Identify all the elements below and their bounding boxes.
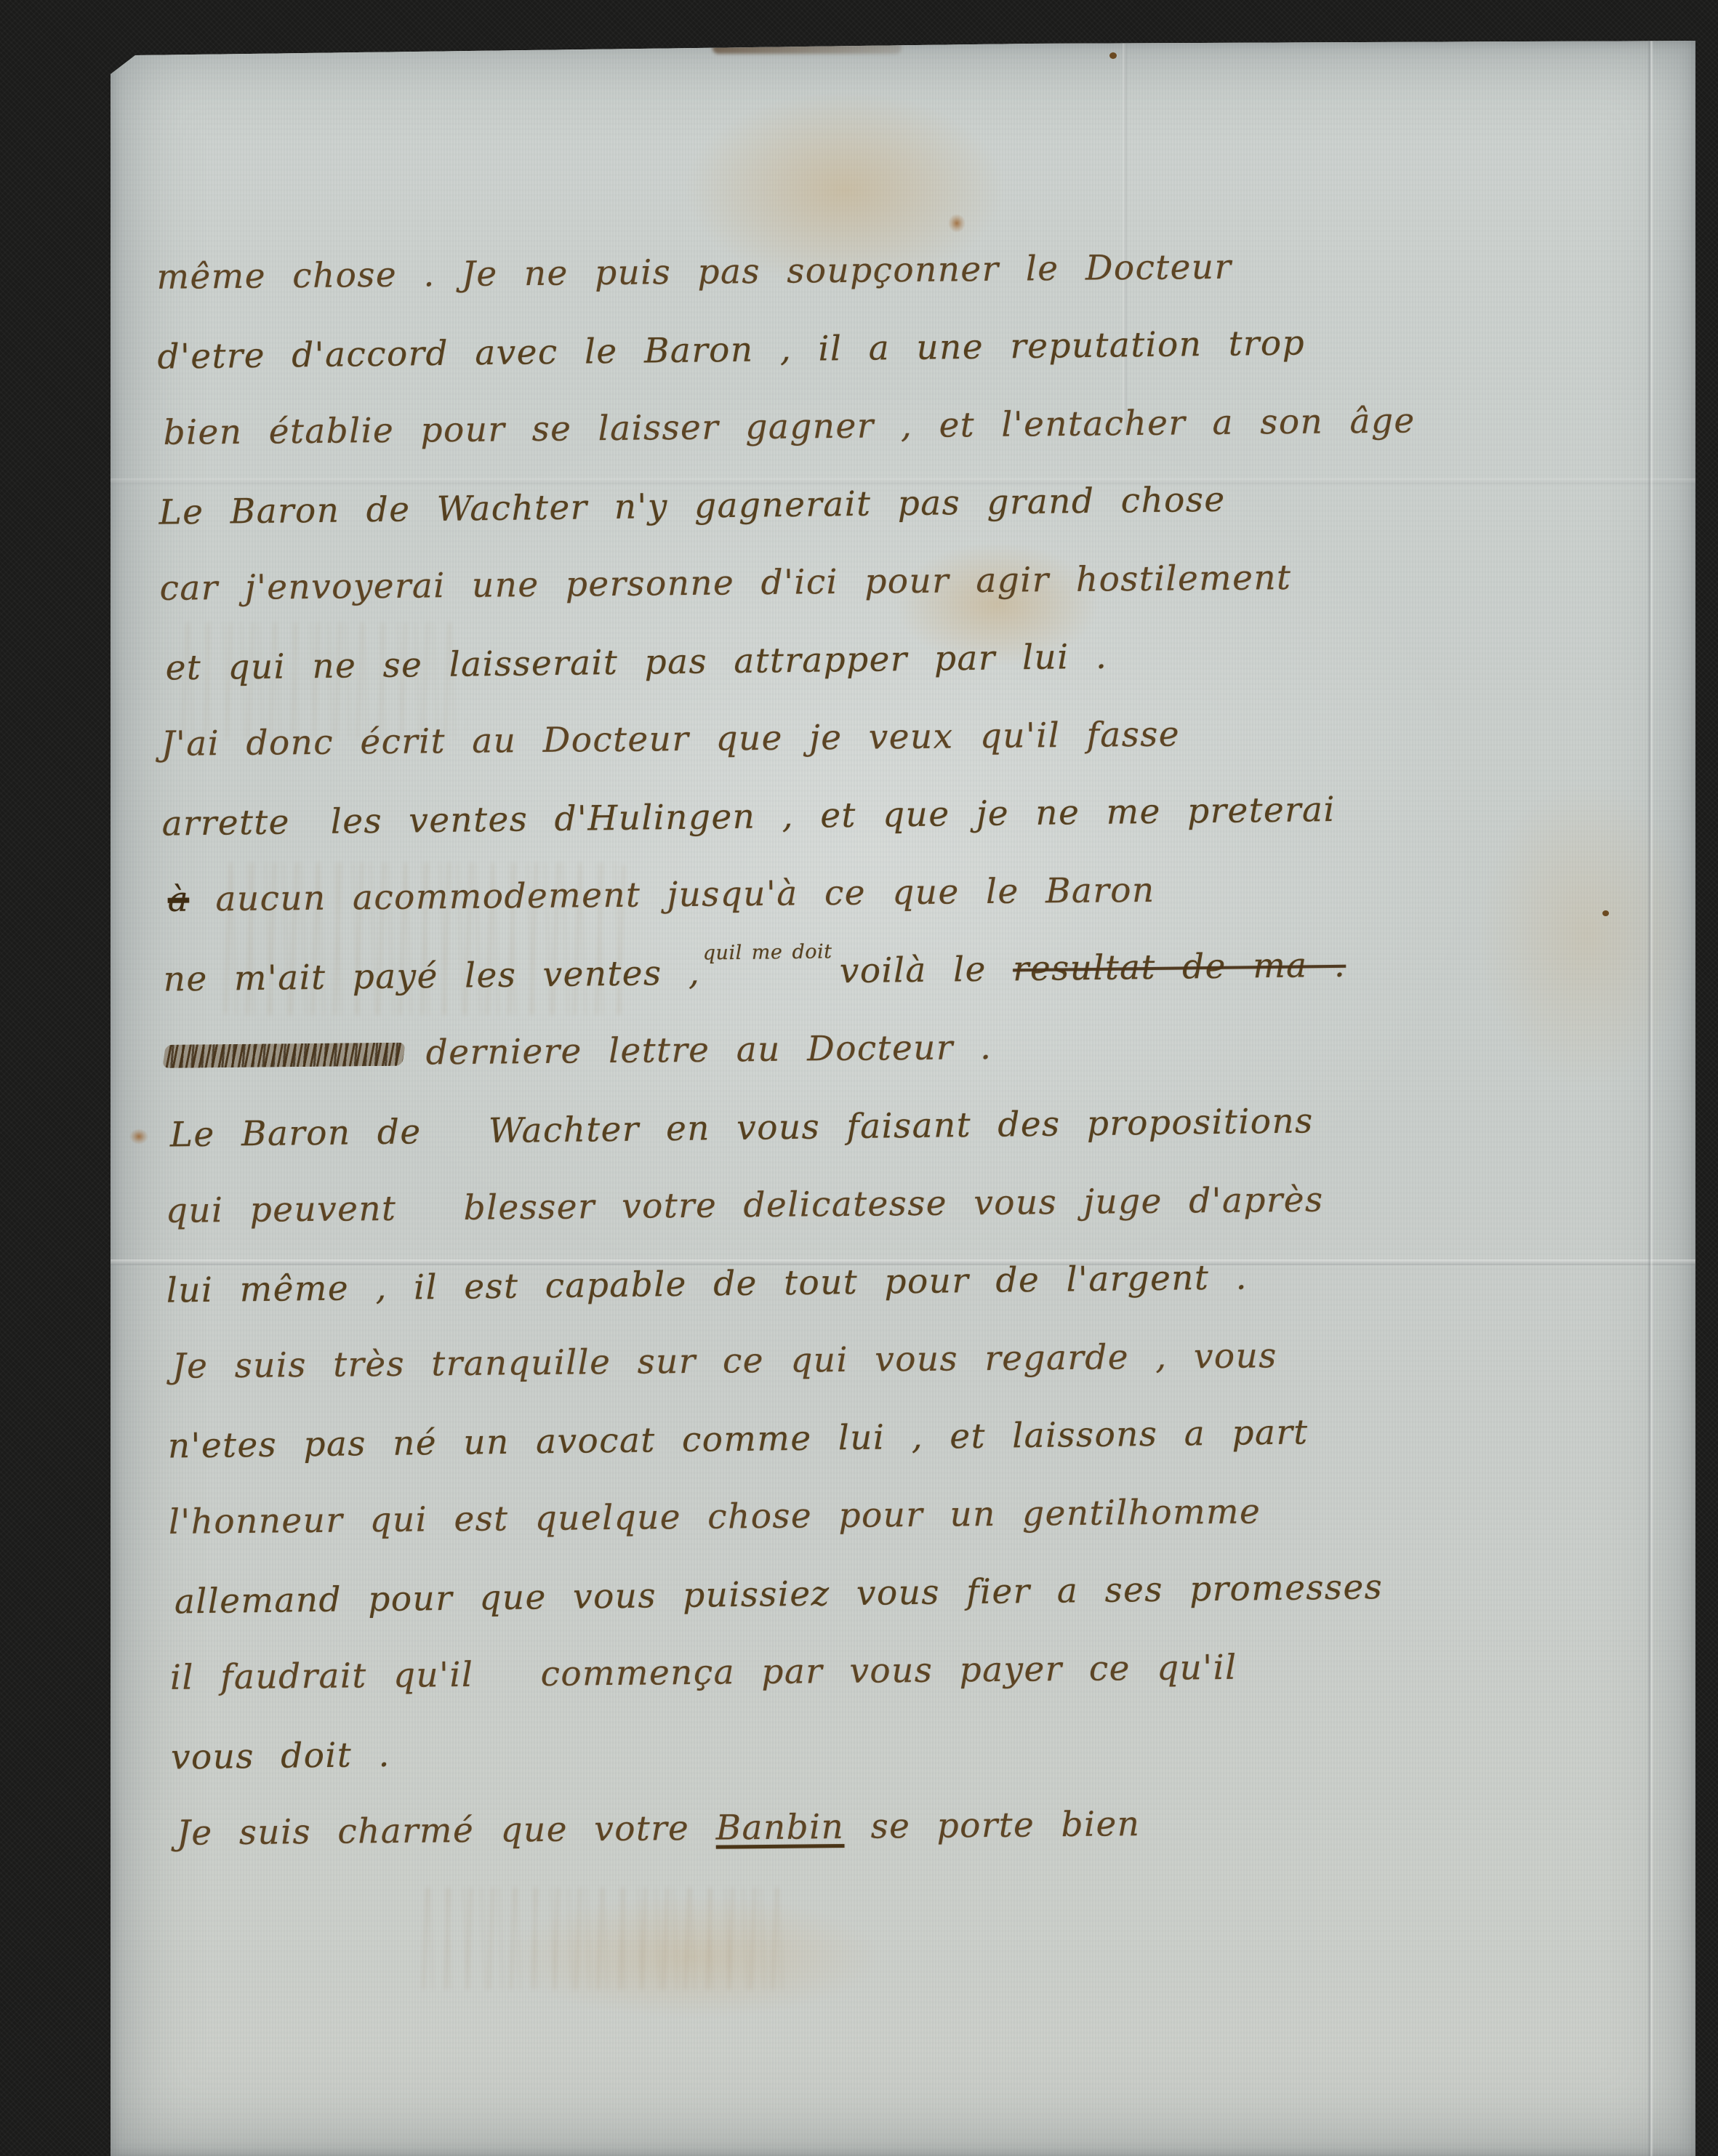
underlined-word: Banbin: [715, 1807, 844, 1848]
text-segment: qui peuvent: [166, 1188, 423, 1230]
paper-stain: [713, 42, 902, 54]
struck-words: resultat de ma .: [1013, 945, 1346, 990]
letter-text: même chose . Je ne puis pas soupçonner l…: [156, 243, 1669, 1891]
ink-bleedthrough: [416, 1888, 794, 1989]
text-segment: ne m'ait payé les ventes ,: [163, 953, 700, 1000]
text-segment: Je suis charmé que votre: [177, 1808, 716, 1854]
paper-stain: [948, 214, 966, 233]
text-segment: [448, 1142, 489, 1143]
ink-speck: [1109, 52, 1117, 59]
text-segment: commença par vous payer ce qu'il: [540, 1648, 1237, 1694]
letter-page: même chose . Je ne puis pas soupçonner l…: [111, 41, 1695, 2156]
text-segment: arrette: [161, 802, 290, 843]
text-segment: voilà le: [839, 949, 1013, 991]
text-segment: à: [167, 880, 189, 920]
text-segment: Le Baron de: [169, 1112, 448, 1155]
text-segment: [423, 1219, 464, 1220]
text-segment: vous doit .: [171, 1735, 390, 1778]
text-segment: il faudrait qu'il: [170, 1654, 500, 1697]
scribbled-out-text: [162, 1043, 406, 1068]
text-segment: même chose . Je ne puis pas soupçonner l…: [156, 247, 1232, 297]
text-segment: se porte bien: [844, 1804, 1141, 1847]
text-segment: derniere lettre au Docteur .: [426, 1027, 992, 1073]
letter-line: Je suis charmé que votre Banbin se porte…: [177, 1799, 1670, 1891]
paper-stain: [129, 1129, 148, 1145]
text-segment: [290, 833, 331, 834]
photo-background: même chose . Je ne puis pas soupçonner l…: [0, 0, 1718, 2156]
interlinear-insertion: quil me doit: [703, 940, 832, 964]
text-segment: [500, 1686, 541, 1686]
